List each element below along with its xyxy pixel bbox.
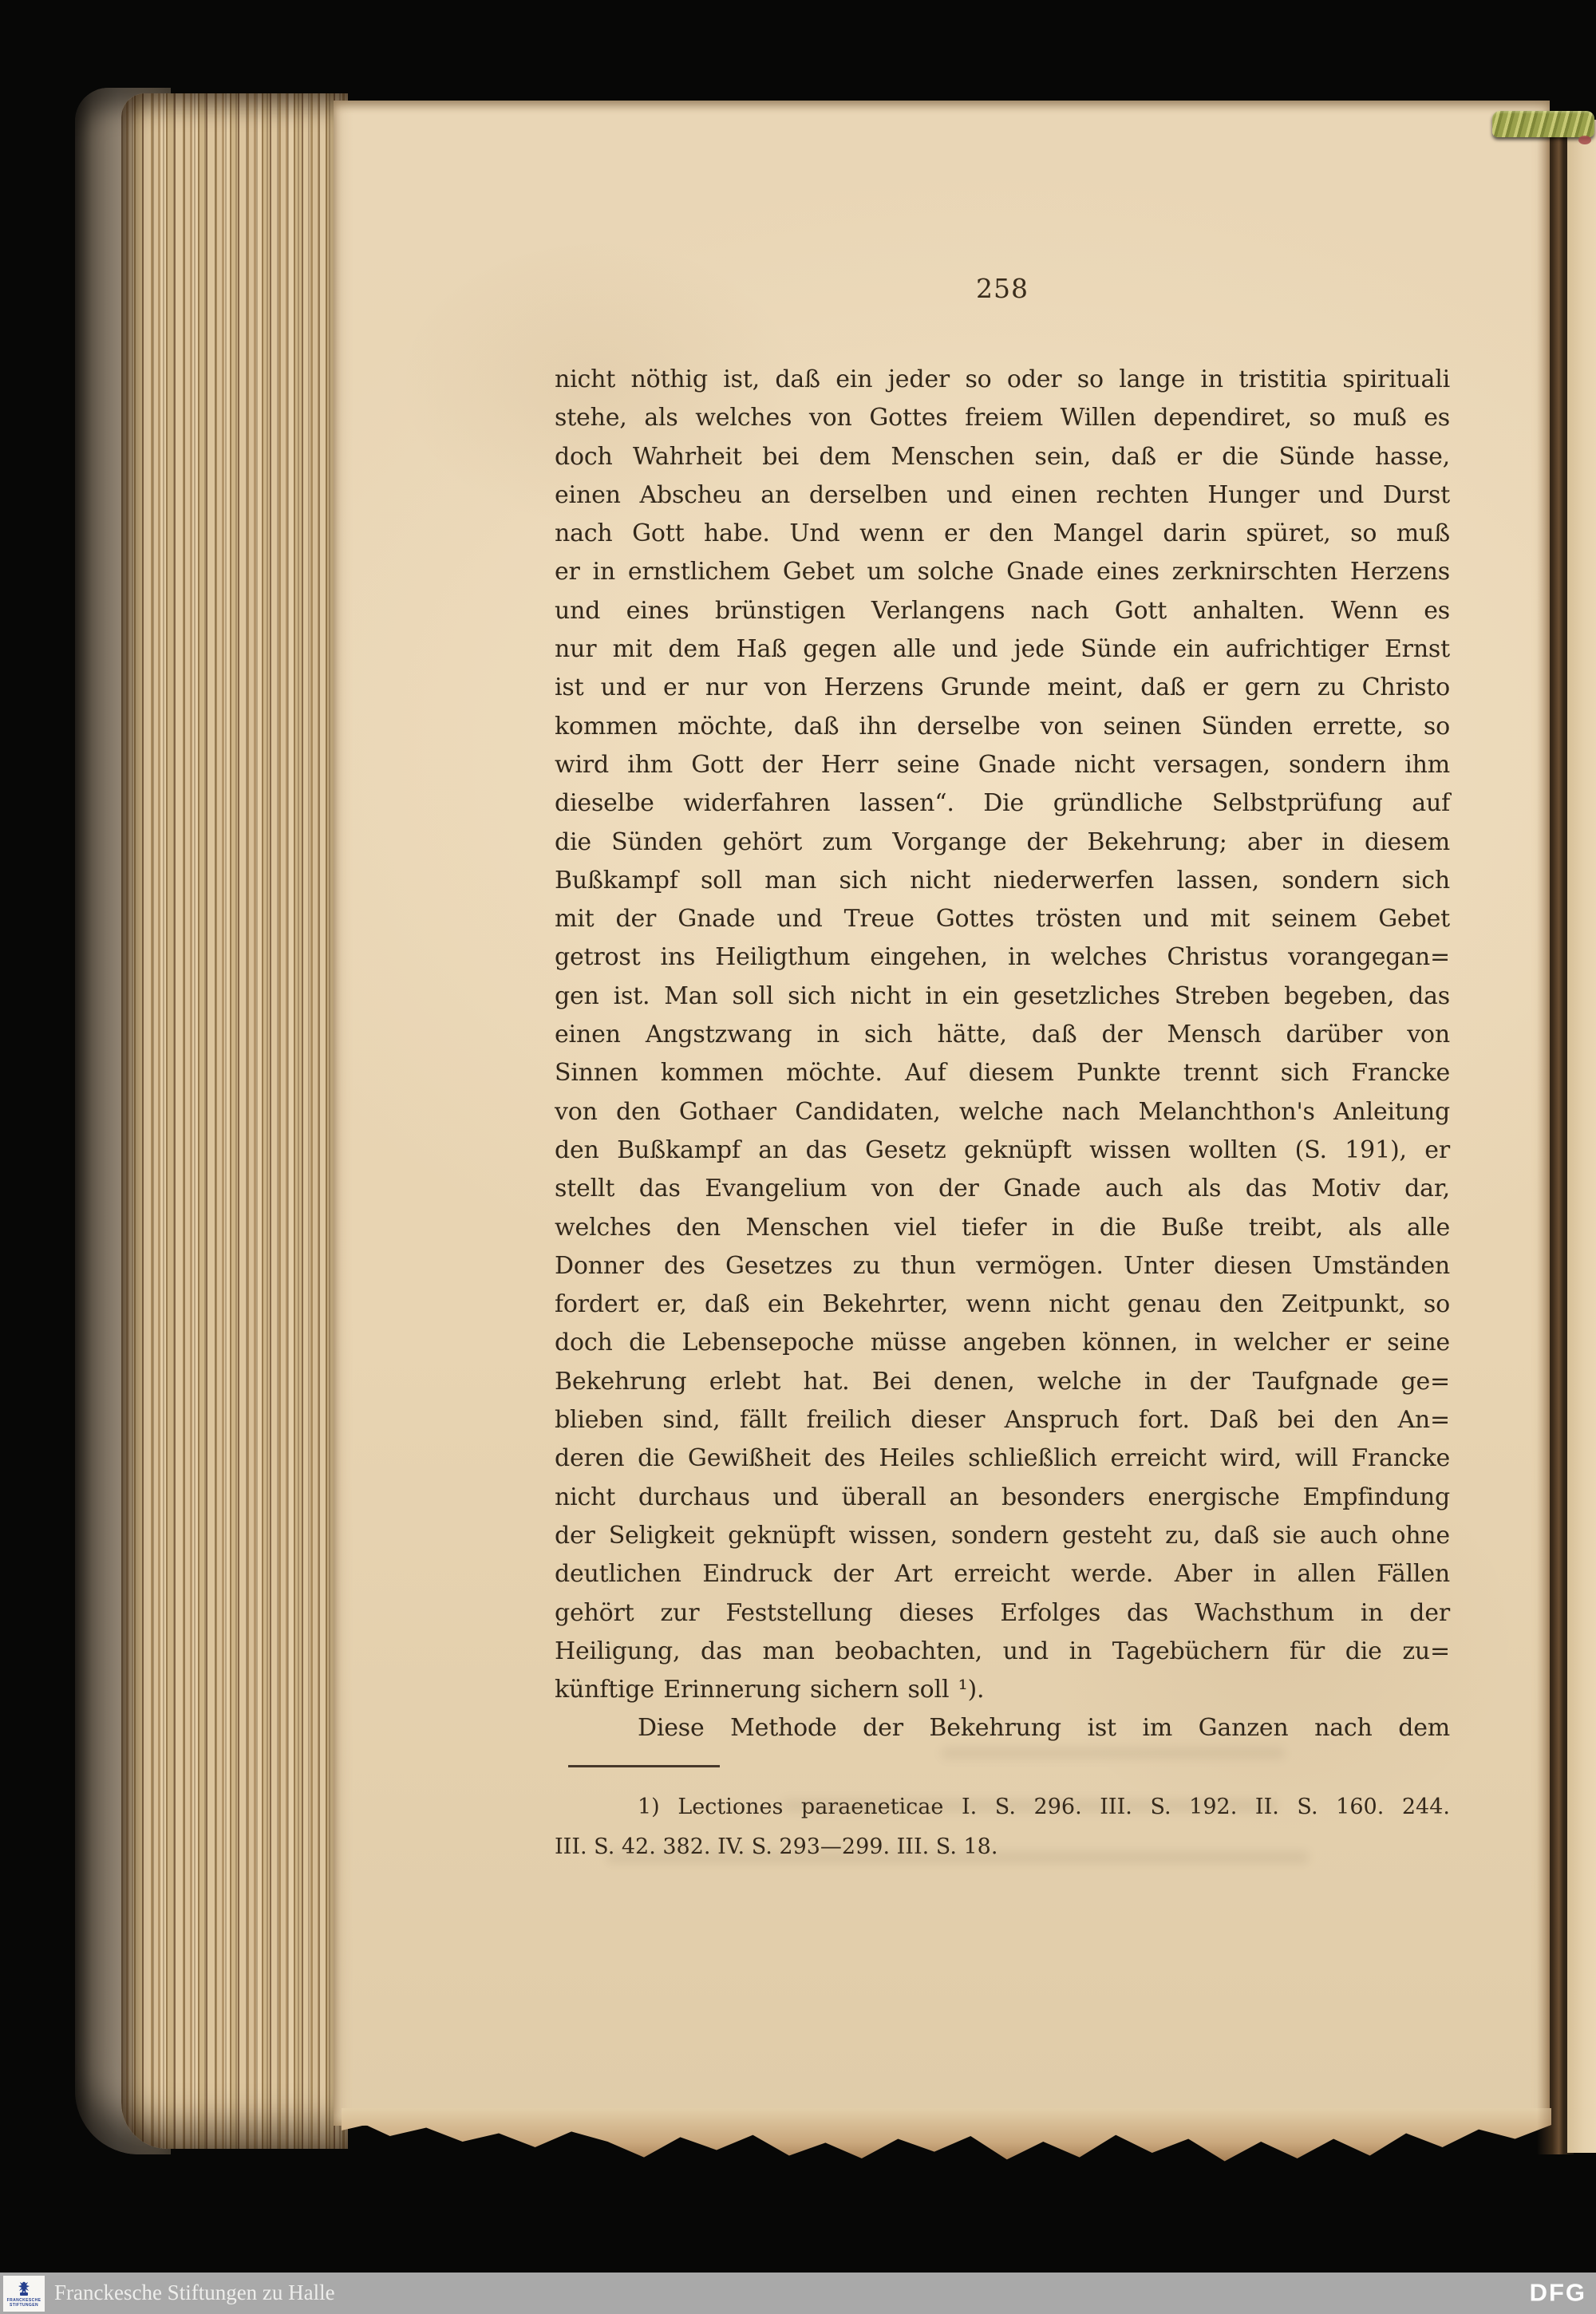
dfg-logo: DFG [1530,2278,1586,2307]
text-line: deren die Gewißheit des Heiles schließli… [555,1439,1450,1478]
body-text: nicht nöthig ist, daß ein jeder so oder … [555,361,1450,1709]
text-line: doch die Lebensepoche müsse angeben könn… [555,1324,1450,1362]
eagle-icon [15,2280,33,2296]
text-line: von den Gothaer Candidaten, welche nach … [555,1093,1450,1131]
text-line: kommen möchte, daß ihn derselbe von sein… [555,708,1450,746]
headband [1492,111,1594,137]
text-line: einen Angstzwang in sich hätte, daß der … [555,1016,1450,1054]
text-line: blieben sind, fällt freilich dieser Ansp… [555,1401,1450,1439]
institution-logo: FRANCKESCHE STIFTUNGEN [3,2276,45,2312]
text-line: fordert er, daß ein Bekehrter, wenn nich… [555,1285,1450,1324]
text-line: Bußkampf soll man sich nicht niederwerfe… [555,862,1450,900]
text-line: die Sünden gehört zum Vorgange der Bekeh… [555,823,1450,862]
institution-name: Franckesche Stiftungen zu Halle [54,2280,335,2305]
text-line: künftige Erinnerung sichern soll ¹). [555,1671,1450,1709]
text-line: nicht nöthig ist, daß ein jeder so oder … [555,361,1450,399]
text-line: Diese Methode der Bekehrung ist im Ganze… [555,1709,1450,1747]
text-line: Donner des Gesetzes zu thun vermögen. Un… [555,1247,1450,1285]
text-line: Heiligung, das man beobachten, und in Ta… [555,1633,1450,1671]
text-line: gen ist. Man soll sich nicht in ein gese… [555,977,1450,1016]
text-line: der Seligkeit geknüpft wissen, sondern g… [555,1517,1450,1555]
page-number: 258 [555,273,1450,304]
headband-speck [1578,136,1591,144]
footer-bar: FRANCKESCHE STIFTUNGEN Franckesche Stift… [0,2273,1596,2314]
text-line: den Bußkampf an das Gesetz geknüpft wiss… [555,1131,1450,1170]
text-line: deutlichen Eindruck der Art erreicht wer… [555,1555,1450,1593]
text-line: dieselbe widerfahren lassen“. Die gründl… [555,784,1450,823]
text-line: Bekehrung erlebt hat. Bei denen, welche … [555,1363,1450,1401]
text-line: wird ihm Gott der Herr seine Gnade nicht… [555,746,1450,784]
text-line: getrost ins Heiligthum eingehen, in welc… [555,938,1450,977]
logo-caption: FRANCKESCHE STIFTUNGEN [7,2298,41,2308]
text-line: und eines brünstigen Verlangens nach Got… [555,592,1450,630]
deckle-edge [342,2108,1551,2164]
paragraph-start: Diese Methode der Bekehrung ist im Ganze… [555,1709,1450,1747]
text-line: mit der Gnade und Treue Gottes trösten u… [555,900,1450,938]
footnote: 1) Lectiones paraeneticae I. S. 296. III… [555,1787,1450,1867]
text-line: doch Wahrheit bei dem Menschen sein, daß… [555,438,1450,476]
text-line: nur mit dem Haß gegen alle und jede Sünd… [555,630,1450,669]
text-line: stehe, als welches von Gottes freiem Wil… [555,399,1450,437]
text-line: er in ernstlichem Gebet um solche Gnade … [555,553,1450,591]
text-line: Sinnen kommen möchte. Auf diesem Punkte … [555,1054,1450,1092]
text-line: nicht durchaus und überall an besonders … [555,1479,1450,1517]
text-line: gehört zur Feststellung dieses Erfolges … [555,1594,1450,1633]
text-line: ist und er nur von Herzens Grunde meint,… [555,669,1450,707]
footnote-line: III. S. 42. 382. IV. S. 293—299. III. S.… [555,1827,1450,1867]
text-line: einen Abscheu an derselben und einen rec… [555,476,1450,515]
facing-page-sliver [1567,120,1596,2153]
ink-bleedthrough [942,1747,1285,1759]
text-line: nach Gott habe. Und wenn er den Mangel d… [555,515,1450,553]
footnote-line: 1) Lectiones paraeneticae I. S. 296. III… [555,1787,1450,1827]
text-line: stellt das Evangelium von der Gnade auch… [555,1170,1450,1208]
page-stack-edges [121,93,348,2149]
footnote-rule [568,1765,720,1767]
text-line: welches den Menschen viel tiefer in die … [555,1209,1450,1247]
